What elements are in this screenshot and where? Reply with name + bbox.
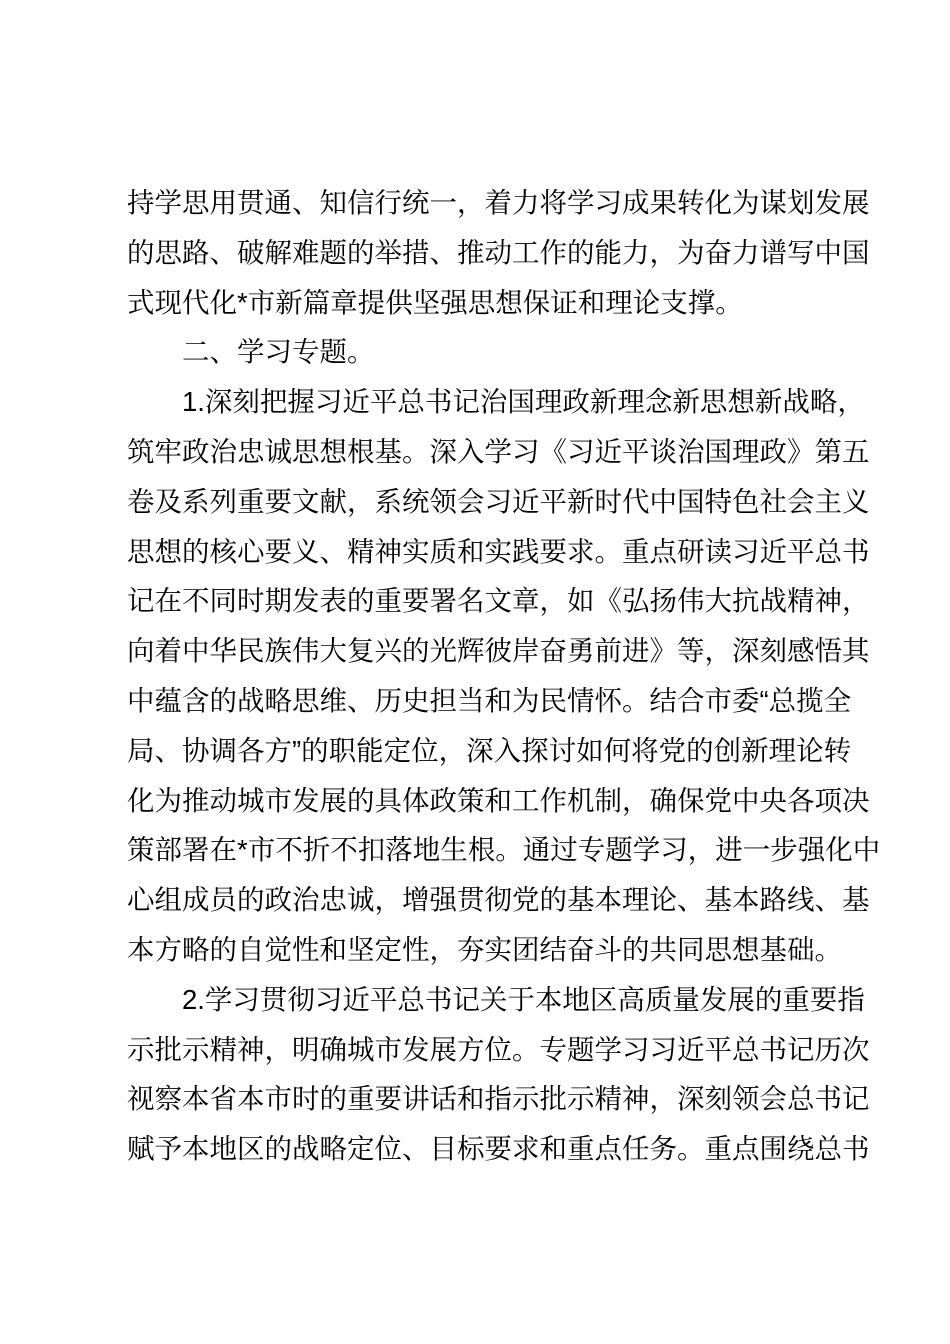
text-line: 二、学习专题。 [127, 327, 832, 377]
text-line: 的思路、破解难题的举措、推动工作的能力，为奋力谱写中国 [127, 228, 832, 278]
text-line: 持学思用贯通、知信行统一，着力将学习成果转化为谋划发展 [127, 178, 832, 228]
text-line: 示批示精神，明确城市发展方位。专题学习习近平总书记历次 [127, 1025, 832, 1075]
paragraph: 持学思用贯通、知信行统一，着力将学习成果转化为谋划发展的思路、破解难题的举措、推… [127, 178, 832, 327]
text-line: 1.深刻把握习近平总书记治国理政新理念新思想新战略， [127, 377, 832, 427]
text-line: 卷及系列重要文献，系统领会习近平新时代中国特色社会主义 [127, 477, 832, 527]
text-line: 式现代化*市新篇章提供坚强思想保证和理论支撑。 [127, 278, 832, 328]
paragraph: 2.学习贯彻习近平总书记关于本地区高质量发展的重要指示批示精神，明确城市发展方位… [127, 975, 832, 1174]
text-line: 策部署在*市不折不扣落地生根。通过专题学习，进一步强化中 [127, 825, 832, 875]
paragraph: 1.深刻把握习近平总书记治国理政新理念新思想新战略，筑牢政治忠诚思想根基。深入学… [127, 377, 832, 975]
text-line: 化为推动城市发展的具体政策和工作机制，确保党中央各项决 [127, 776, 832, 826]
document-text-block: 持学思用贯通、知信行统一，着力将学习成果转化为谋划发展的思路、破解难题的举措、推… [127, 178, 832, 1174]
document-page: 持学思用贯通、知信行统一，着力将学习成果转化为谋划发展的思路、破解难题的举措、推… [0, 0, 950, 1344]
text-line: 视察本省本市时的重要讲话和指示批示精神，深刻领会总书记 [127, 1074, 832, 1124]
text-line: 本方略的自觉性和坚定性，夯实团结奋斗的共同思想基础。 [127, 925, 832, 975]
paragraph: 二、学习专题。 [127, 327, 832, 377]
text-line: 2.学习贯彻习近平总书记关于本地区高质量发展的重要指 [127, 975, 832, 1025]
text-line: 中蕴含的战略思维、历史担当和为民情怀。结合市委“总揽全 [127, 676, 832, 726]
text-line: 心组成员的政治忠诚，增强贯彻党的基本理论、基本路线、基 [127, 875, 832, 925]
text-line: 赋予本地区的战略定位、目标要求和重点任务。重点围绕总书 [127, 1124, 832, 1174]
text-line: 记在不同时期发表的重要署名文章，如《弘扬伟大抗战精神， [127, 576, 832, 626]
text-line: 局、协调各方”的职能定位，深入探讨如何将党的创新理论转 [127, 726, 832, 776]
text-line: 向着中华民族伟大复兴的光辉彼岸奋勇前进》等，深刻感悟其 [127, 626, 832, 676]
text-line: 思想的核心要义、精神实质和实践要求。重点研读习近平总书 [127, 527, 832, 577]
text-line: 筑牢政治忠诚思想根基。深入学习《习近平谈治国理政》第五 [127, 427, 832, 477]
